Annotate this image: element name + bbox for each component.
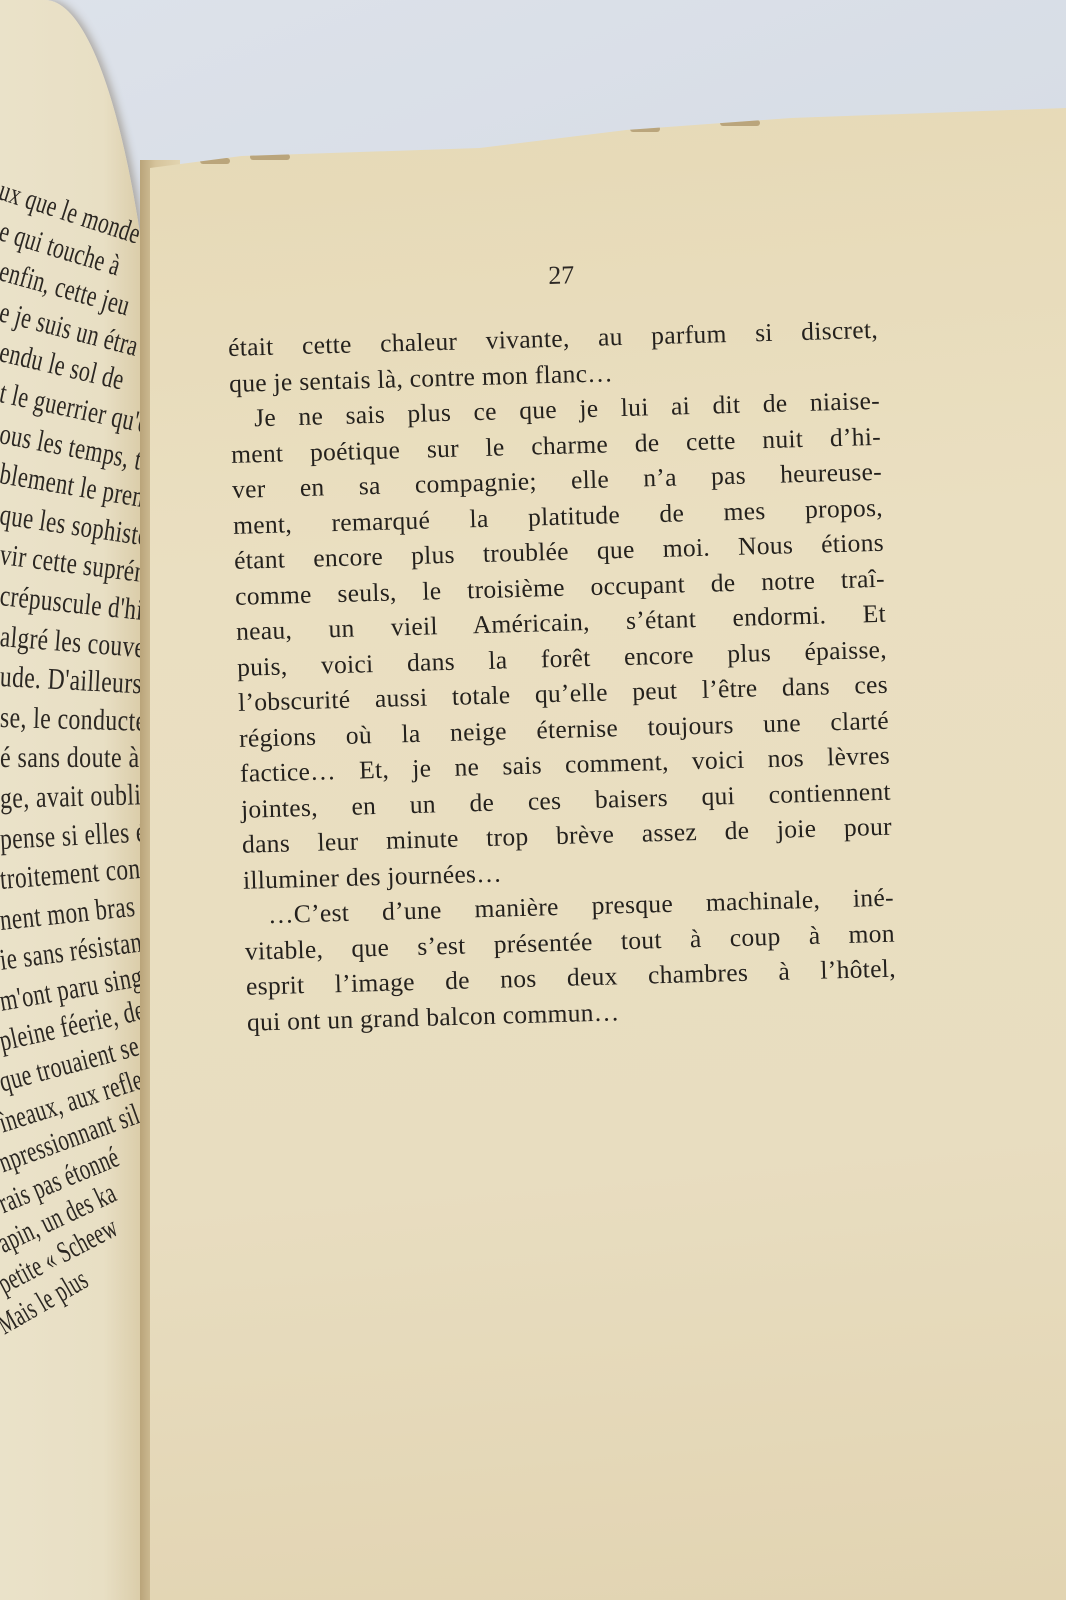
left-page-line-fragment: se, le conducteur bbox=[0, 698, 131, 742]
left-page-line-fragment: ude. D'ailleurs, a bbox=[0, 657, 130, 704]
body-paragraphs: était cette chaleur vivante, au parfum s… bbox=[228, 312, 898, 1040]
page-text-block: 27 était cette chaleur vivante, au parfu… bbox=[226, 252, 897, 1040]
left-page-line-fragment: é sans doute à la bbox=[0, 738, 132, 779]
left-page-line-fragment: ge, avait oublié de bbox=[0, 775, 131, 819]
